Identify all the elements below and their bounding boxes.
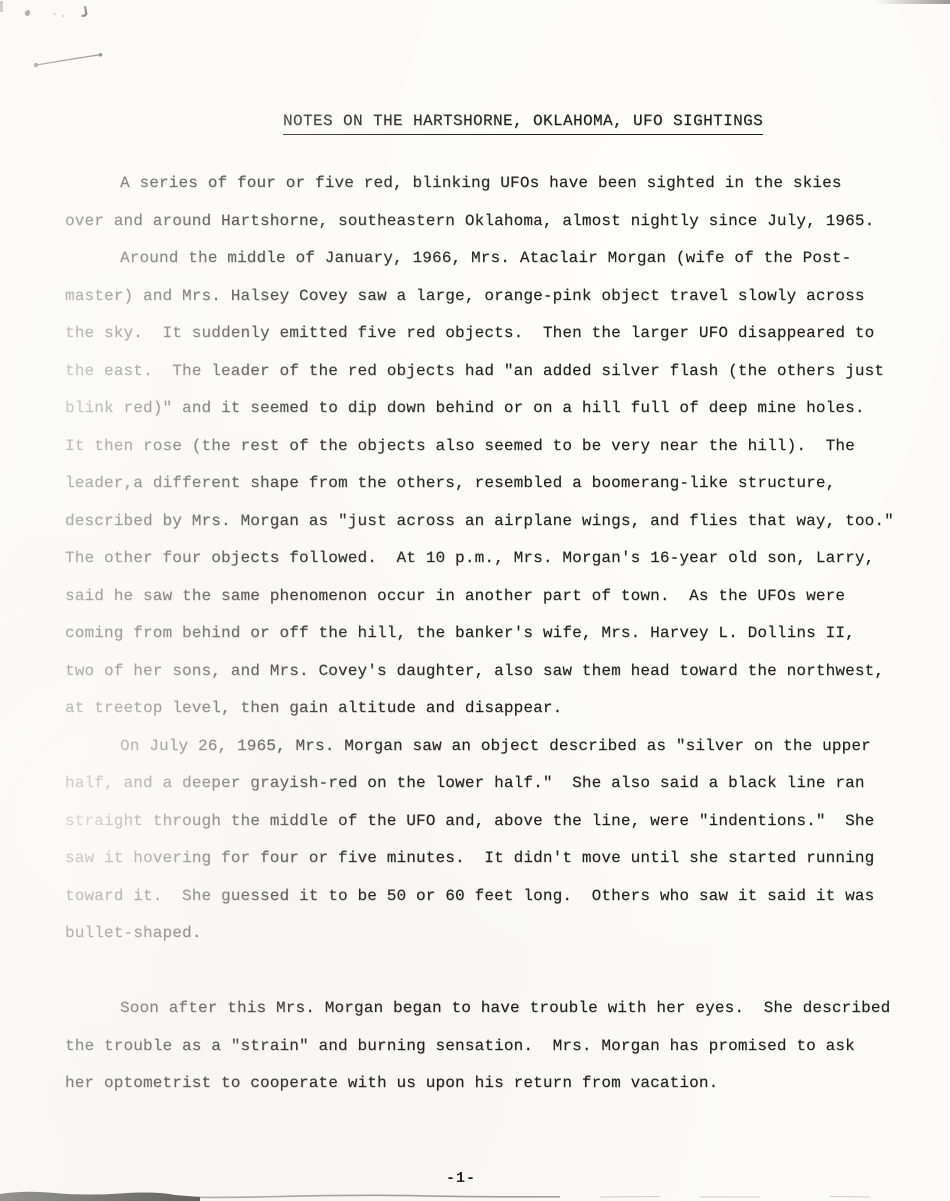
text-line: It then rose (the rest of the objects al… xyxy=(65,428,935,466)
page-number: -1- xyxy=(446,1170,476,1187)
text-line: the sky. It suddenly emitted five red ob… xyxy=(65,315,935,353)
text-line: said he saw the same phenomenon occur in… xyxy=(65,578,935,616)
top-edge-smudge xyxy=(875,0,950,4)
pen-stroke-mark xyxy=(30,48,110,72)
text-line: half, and a deeper grayish-red on the lo… xyxy=(65,765,935,803)
text-line: A series of four or five red, blinking U… xyxy=(65,165,935,203)
text-line xyxy=(65,953,935,991)
text-line: straight through the middle of the UFO a… xyxy=(65,803,935,841)
hook-ink-mark xyxy=(78,6,90,20)
text-line: bullet-shaped. xyxy=(65,915,935,953)
text-line: saw it hovering for four or five minutes… xyxy=(65,840,935,878)
speckle-mark xyxy=(62,15,65,17)
text-line: described by Mrs. Morgan as "just across… xyxy=(65,503,935,541)
text-line: two of her sons, and Mrs. Covey's daught… xyxy=(65,653,935,691)
document-body: A series of four or five red, blinking U… xyxy=(65,165,935,1103)
text-line: the east. The leader of the red objects … xyxy=(65,353,935,391)
left-edge-mark xyxy=(0,1,3,12)
bottom-edge-smudge xyxy=(0,1187,950,1201)
text-line: the trouble as a "strain" and burning se… xyxy=(65,1028,935,1066)
text-line: her optometrist to cooperate with us upo… xyxy=(65,1065,935,1103)
text-line: Soon after this Mrs. Morgan began to hav… xyxy=(65,990,935,1028)
text-line: blink red)" and it seemed to dip down be… xyxy=(65,390,935,428)
document-title: NOTES ON THE HARTSHORNE, OKLAHOMA, UFO S… xyxy=(283,112,763,135)
ink-dot-mark xyxy=(24,9,31,16)
scanned-document-page: NOTES ON THE HARTSHORNE, OKLAHOMA, UFO S… xyxy=(0,0,950,1201)
speckle-mark xyxy=(53,13,56,15)
text-line: leader,a different shape from the others… xyxy=(65,465,935,503)
text-line: toward it. She guessed it to be 50 or 60… xyxy=(65,878,935,916)
text-line: coming from behind or off the hill, the … xyxy=(65,615,935,653)
text-line: master) and Mrs. Halsey Covey saw a larg… xyxy=(65,278,935,316)
text-line: On July 26, 1965, Mrs. Morgan saw an obj… xyxy=(65,728,935,766)
text-line: over and around Hartshorne, southeastern… xyxy=(65,203,935,241)
text-line: at treetop level, then gain altitude and… xyxy=(65,690,935,728)
text-line: The other four objects followed. At 10 p… xyxy=(65,540,935,578)
text-line: Around the middle of January, 1966, Mrs.… xyxy=(65,240,935,278)
